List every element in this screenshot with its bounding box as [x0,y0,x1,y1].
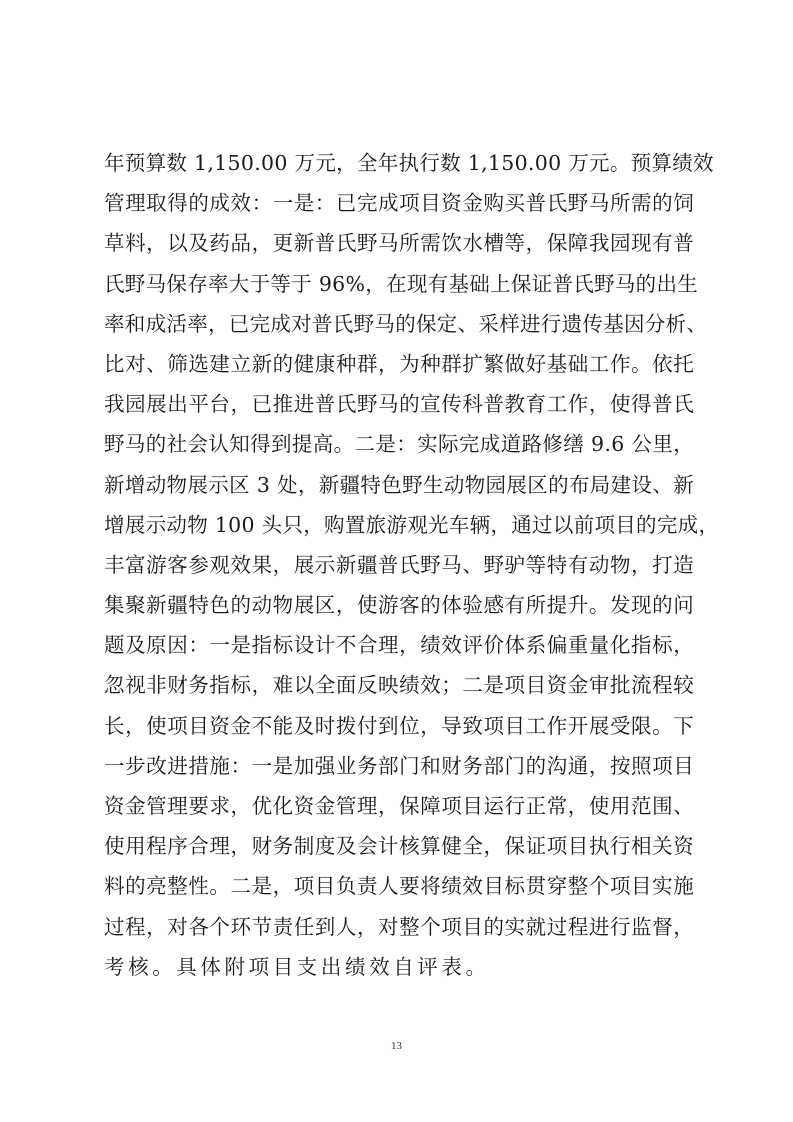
document-page: 年预算数 1,150.00 万元，全年执行数 1,150.00 万元。预算绩效 … [0,0,793,1122]
text-line: 长，使项目资金不能及时拨付到位，导致项目工作开展受限。下 [104,706,694,746]
text-line: 增展示动物 100 头只，购置旅游观光车辆，通过以前项目的完成， [104,505,694,545]
text-line: 草料，以及药品，更新普氏野马所需饮水槽等，保障我园现有普 [104,223,694,263]
text-line: 氏野马保存率大于等于 96%，在现有基础上保证普氏野马的出生 [104,264,694,304]
text-line: 题及原因：一是指标设计不合理，绩效评价体系偏重量化指标， [104,625,694,665]
text-line: 丰富游客参观效果，展示新疆普氏野马、野驴等特有动物，打造 [104,545,694,585]
text-line: 使用程序合理，财务制度及会计核算健全，保证项目执行相关资 [104,826,694,866]
page-number: 13 [0,1040,793,1052]
text-line: 集聚新疆特色的动物展区，使游客的体验感有所提升。发现的问 [104,585,694,625]
text-line: 资金管理要求，优化资金管理，保障项目运行正常，使用范围、 [104,786,694,826]
text-line: 过程，对各个环节责任到人，对整个项目的实就过程进行监督， [104,907,694,947]
text-line: 料的亮整性。二是，项目负责人要将绩效目标贯穿整个项目实施 [104,866,694,906]
text-line: 比对、筛选建立新的健康种群，为种群扩繁做好基础工作。依托 [104,344,694,384]
text-line: 年预算数 1,150.00 万元，全年执行数 1,150.00 万元。预算绩效 [104,143,694,183]
text-line: 野马的社会认知得到提高。二是：实际完成道路修缮 9.6 公里， [104,424,694,464]
text-line: 率和成活率，已完成对普氏野马的保定、采样进行遗传基因分析、 [104,304,694,344]
text-line: 新增动物展示区 3 处，新疆特色野生动物园展区的布局建设、新 [104,465,694,505]
text-line: 我园展出平台，已推进普氏野马的宣传科普教育工作，使得普氏 [104,384,694,424]
text-line: 一步改进措施：一是加强业务部门和财务部门的沟通，按照项目 [104,746,694,786]
text-line: 管理取得的成效：一是：已完成项目资金购买普氏野马所需的饲 [104,183,694,223]
body-paragraph: 年预算数 1,150.00 万元，全年执行数 1,150.00 万元。预算绩效 … [104,143,694,987]
text-line: 忽视非财务指标，难以全面反映绩效；二是项目资金审批流程较 [104,665,694,705]
text-line-last: 考核。具体附项目支出绩效自评表。 [104,947,694,987]
